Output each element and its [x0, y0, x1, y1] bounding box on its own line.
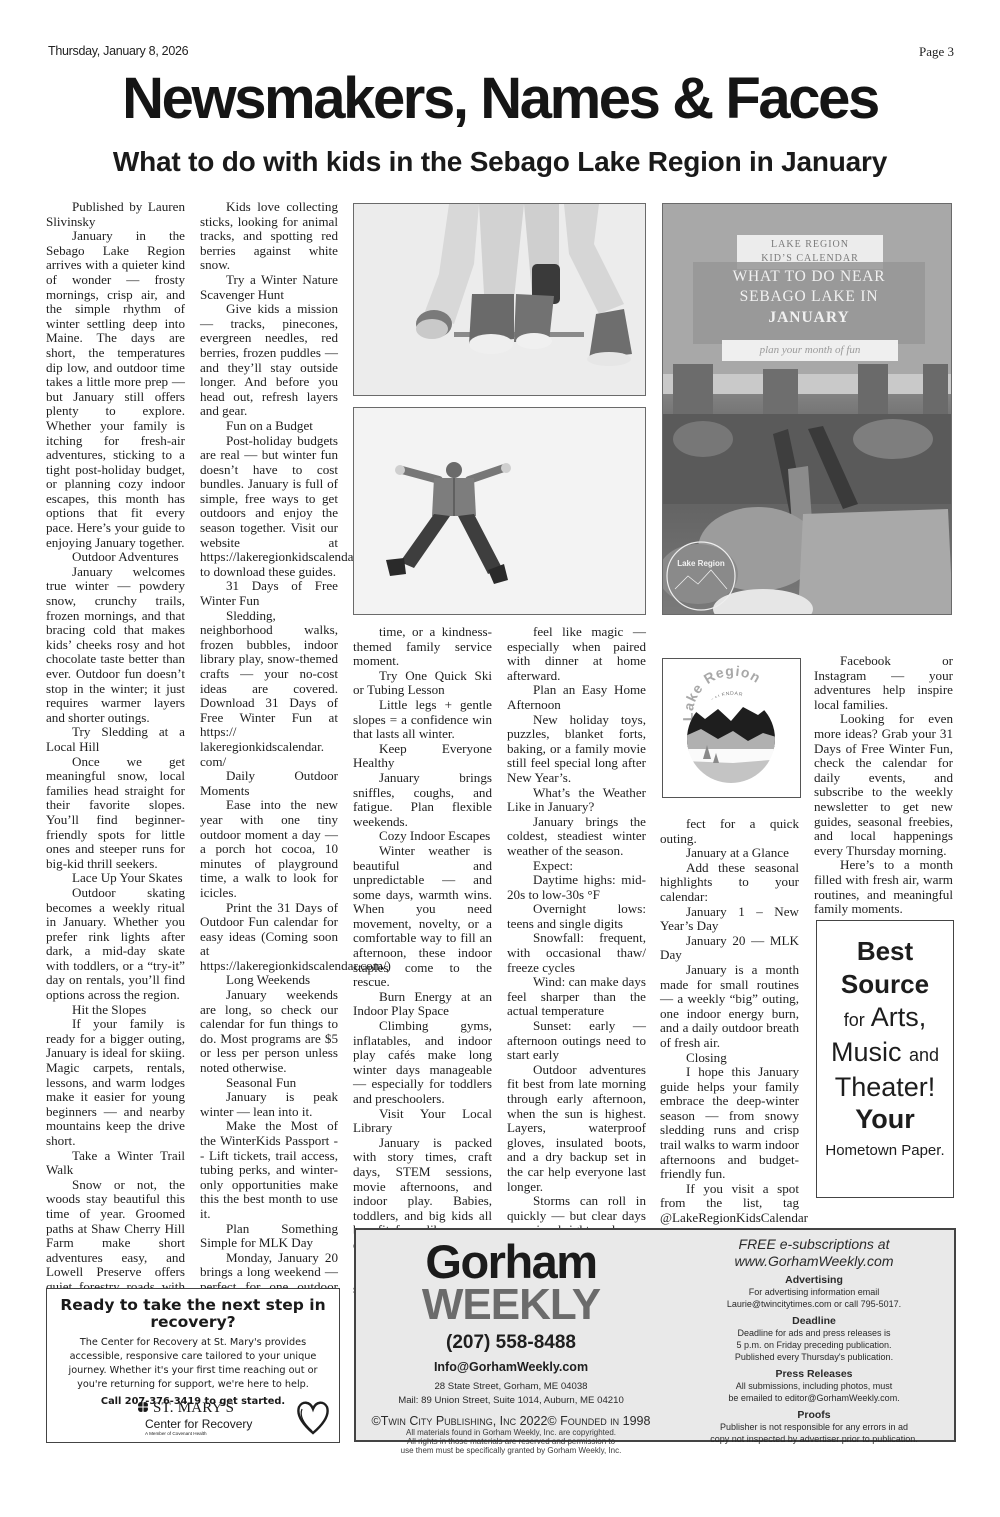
rights-line: use them must be specifically granted by…	[356, 1446, 666, 1455]
publisher-phone[interactable]: (207) 558-8488	[356, 1332, 666, 1354]
article-paragraph: Overnight lows: teens and single digits	[507, 902, 646, 931]
article-paragraph: Print the 31 Days of Outdoor Fun calenda…	[200, 901, 338, 974]
article-paragraph: Post-holiday budgets are real — but wint…	[200, 434, 338, 580]
article-paragraph: Fun on a Budget	[200, 419, 338, 434]
article-paragraph: feel like magic — especially when paired…	[507, 625, 646, 683]
ad-line: Theater!	[817, 1071, 953, 1103]
lake-region-logo: Lake Region KID’S CALENDAR	[662, 658, 801, 798]
publisher-email[interactable]: Info@GorhamWeekly.com	[356, 1360, 666, 1374]
snow-angel-photo	[353, 407, 646, 615]
article-paragraph: time, or a kindness-themed family servic…	[353, 625, 492, 669]
publisher-block: Gorham WEEKLY (207) 558-8488 Info@Gorham…	[356, 1230, 666, 1455]
publication-info-block: FREE e-subscriptions at www.GorhamWeekly…	[674, 1236, 954, 1445]
section-title: Newsmakers, Names & Faces	[0, 64, 1000, 134]
calendar-cover-image: Lake Region LAKE REGION KID’S CALENDAR W…	[662, 203, 952, 615]
article-paragraph: Try Sledding at a Local Hill	[46, 725, 185, 754]
article-paragraph: January is peak winter — lean into it.	[200, 1090, 338, 1119]
article-paragraph: Try a Winter Nature Scavenger Hunt	[200, 273, 338, 302]
press-text: All submissions, including photos, must	[674, 1380, 954, 1392]
article-paragraph: Climbing gyms, inflatables, and indoor p…	[353, 1019, 492, 1107]
article-paragraph: January in the Sebago Lake Region arrive…	[46, 229, 185, 550]
rights-line: All rights in those materials are reserv…	[356, 1437, 666, 1446]
ad-line: Music	[831, 1037, 902, 1067]
article-paragraph: Daytime highs: mid-20s to low-30s °F	[507, 873, 646, 902]
org-subtitle: Center for Recovery	[145, 1417, 252, 1431]
ad-line: Your	[817, 1103, 953, 1136]
advertising-text: For advertising information email	[674, 1286, 954, 1298]
gorham-logo-top: Gorham	[356, 1240, 666, 1284]
ad-line: Hometown Paper.	[817, 1140, 953, 1162]
calendar-title-band: WHAT TO DO NEAR SEBAGO LAKE IN JANUARY	[693, 262, 925, 344]
org-member-note: A Member of Covenant Health	[145, 1431, 252, 1436]
best-source-ad: Best Source for Arts, Music and Theater!…	[816, 920, 954, 1198]
gorham-weekly-info-box: Gorham WEEKLY (207) 558-8488 Info@Gorham…	[354, 1228, 956, 1442]
st-marys-logo: St. Mary's Center for Recovery A Member …	[137, 1399, 252, 1436]
article-paragraph: Plan an Easy Home Afternoon	[507, 683, 646, 712]
article-paragraph: Facebook or Instagram — your adventures …	[814, 654, 953, 712]
deadline-text: Published every Thursday's publication.	[674, 1351, 954, 1363]
article-paragraph: Little legs + gentle slopes = a confiden…	[353, 698, 492, 742]
recovery-ad-heading: Ready to take the next step in recovery?	[47, 1297, 339, 1331]
org-name: St. Mary's	[153, 1400, 234, 1416]
article-paragraph: Published by Lauren Slivinsky	[46, 200, 185, 229]
deadline-text: 5 p.m. on Friday preceding publication.	[674, 1339, 954, 1351]
proofs-text: copy not inspected by advertiser prior t…	[674, 1433, 954, 1445]
svg-text:Lake Region: Lake Region	[677, 559, 725, 568]
article-column-1: Published by Lauren SlivinskyJanuary in …	[46, 200, 185, 1309]
article-paragraph: January at a Glance	[660, 846, 799, 861]
article-paragraph: Visit Your Local Library	[353, 1107, 492, 1136]
article-paragraph: Hit the Slopes	[46, 1003, 185, 1018]
article-paragraph: I hope this January guide helps your fam…	[660, 1065, 799, 1182]
article-column-5: fect for a quick outing.January at a Gla…	[660, 817, 799, 1240]
proofs-text: Publisher is not responsible for any err…	[674, 1421, 954, 1433]
article-paragraph: Expect:	[507, 859, 646, 874]
ad-line: Source	[817, 968, 953, 1001]
gorham-logo-bottom: WEEKLY	[356, 1284, 666, 1326]
article-paragraph: Take a Winter Trail Walk	[46, 1149, 185, 1178]
article-paragraph: Give kids a mission — tracks, pinecones,…	[200, 302, 338, 419]
page-number: Page 3	[919, 44, 954, 60]
article-paragraph: Wind: can make days feel sharper than th…	[507, 975, 646, 1019]
article-paragraph: January brings the coldest, steadiest wi…	[507, 815, 646, 859]
rights-line: All materials found in Gorham Weekly, In…	[356, 1428, 666, 1437]
dateline: Thursday, January 8, 2026	[48, 44, 188, 58]
article-paragraph: January 1 – New Year’s Day	[660, 905, 799, 934]
article-paragraph: Try One Quick Ski or Tubing Lesson	[353, 669, 492, 698]
article-paragraph: Make the Most of the WinterKids Passport…	[200, 1119, 338, 1221]
article-paragraph: Plan Something Simple for MLK Day	[200, 1222, 338, 1251]
article-paragraph: Daily Outdoor Moments	[200, 769, 338, 798]
article-paragraph: January 20 — MLK Day	[660, 934, 799, 963]
subscribe-line: FREE e-subscriptions at	[674, 1236, 954, 1253]
heart-icon	[295, 1399, 331, 1437]
snow-angel-illustration-icon	[354, 408, 646, 615]
article-paragraph: Cozy Indoor Escapes	[353, 829, 492, 844]
article-column-2: Kids love collecting sticks, looking for…	[200, 200, 338, 1338]
article-paragraph: Looking for even more ideas? Grab your 3…	[814, 712, 953, 858]
lake-region-mountain-logo-icon: Lake Region KID’S CALENDAR	[663, 659, 799, 796]
article-paragraph: Winter weather is beautiful and unpredic…	[353, 844, 492, 990]
deadline-heading: Deadline	[674, 1315, 954, 1327]
article-column-4: feel like magic — especially when paired…	[507, 625, 646, 1238]
sledding-photo	[353, 203, 646, 396]
article-paragraph: January is a month made for small routin…	[660, 963, 799, 1051]
article-paragraph: Outdoor skating becomes a weekly ritual …	[46, 886, 185, 1003]
article-column-3: time, or a kindness-themed family servic…	[353, 625, 492, 1296]
copyright-line: ©Twin City Publishing, Inc 2022© Founded…	[356, 1414, 666, 1428]
proofs-heading: Proofs	[674, 1409, 954, 1421]
press-text: be emailed to editor@GorhamWeekly.com.	[674, 1392, 954, 1404]
article-paragraph: January brings sniffles, coughs, and fat…	[353, 771, 492, 829]
article-paragraph: Sledding, neighborhood walks, frozen bub…	[200, 609, 338, 770]
advertising-heading: Advertising	[674, 1274, 954, 1286]
article-paragraph: January welcomes true winter — powdery s…	[46, 565, 185, 726]
article-paragraph: Lace Up Your Skates	[46, 871, 185, 886]
calendar-tag-line: LAKE REGION	[737, 238, 883, 252]
article-paragraph: Sunset: early — afternoon outings need t…	[507, 1019, 646, 1063]
ad-line: for	[844, 1010, 865, 1030]
subscribe-url[interactable]: www.GorhamWeekly.com	[674, 1253, 954, 1270]
ad-line: Best	[817, 935, 953, 968]
article-paragraph: Here’s to a month filled with fresh air,…	[814, 858, 953, 916]
article-paragraph: fect for a quick outing.	[660, 817, 799, 846]
article-paragraph: Snowfall: frequent, with occasional thaw…	[507, 931, 646, 975]
clover-cross-icon	[137, 1401, 149, 1413]
advertising-contact: Laurie@twincitytimes.com or call 795-501…	[674, 1298, 954, 1310]
article-paragraph: Seasonal Fun	[200, 1076, 338, 1091]
article-headline: What to do with kids in the Sebago Lake …	[0, 146, 1000, 178]
calendar-title-line: SEBAGO LAKE IN	[693, 287, 925, 307]
recovery-ad-body: The Center for Recovery at St. Mary's pr…	[47, 1336, 339, 1392]
article-paragraph: Kids love collecting sticks, looking for…	[200, 200, 338, 273]
article-paragraph: New holiday toys, puzzles, blanket forts…	[507, 713, 646, 786]
article-paragraph: Burn Energy at an Indoor Play Space	[353, 990, 492, 1019]
street-address: 28 State Street, Gorham, ME 04038	[356, 1380, 666, 1394]
article-paragraph: Ease into the new year with one tiny out…	[200, 798, 338, 900]
sledding-boots-illustration-icon	[354, 204, 646, 396]
article-paragraph: Outdoor adventures fit best from late mo…	[507, 1063, 646, 1194]
article-paragraph: Long Weekends	[200, 973, 338, 988]
calendar-script-tagline: plan your month of fun	[722, 340, 898, 361]
ad-line: and	[909, 1045, 939, 1065]
press-releases-heading: Press Releases	[674, 1368, 954, 1380]
article-paragraph: If your family is ready for a bigger out…	[46, 1017, 185, 1148]
article-paragraph: 31 Days of Free Winter Fun	[200, 579, 338, 608]
calendar-title-line: WHAT TO DO NEAR	[693, 267, 925, 287]
article-paragraph: What’s the Weather Like in January?	[507, 786, 646, 815]
article-paragraph: Outdoor Adventures	[46, 550, 185, 565]
recovery-center-ad: Ready to take the next step in recovery?…	[46, 1288, 340, 1443]
article-paragraph: Closing	[660, 1051, 799, 1066]
article-paragraph: Add these seasonal highlights to your ca…	[660, 861, 799, 905]
article-paragraph: Keep Everyone Healthy	[353, 742, 492, 771]
ad-line: Arts,	[871, 1002, 927, 1032]
article-column-6: Facebook or Instagram — your adventures …	[814, 654, 953, 917]
calendar-title-month: JANUARY	[693, 307, 925, 329]
article-paragraph: January weekends are long, so check our …	[200, 988, 338, 1076]
deadline-text: Deadline for ads and press releases is	[674, 1327, 954, 1339]
mailing-address: Mail: 89 Union Street, Suite 1014, Aubur…	[356, 1394, 666, 1408]
article-paragraph: Once we get meaningful snow, local famil…	[46, 755, 185, 872]
